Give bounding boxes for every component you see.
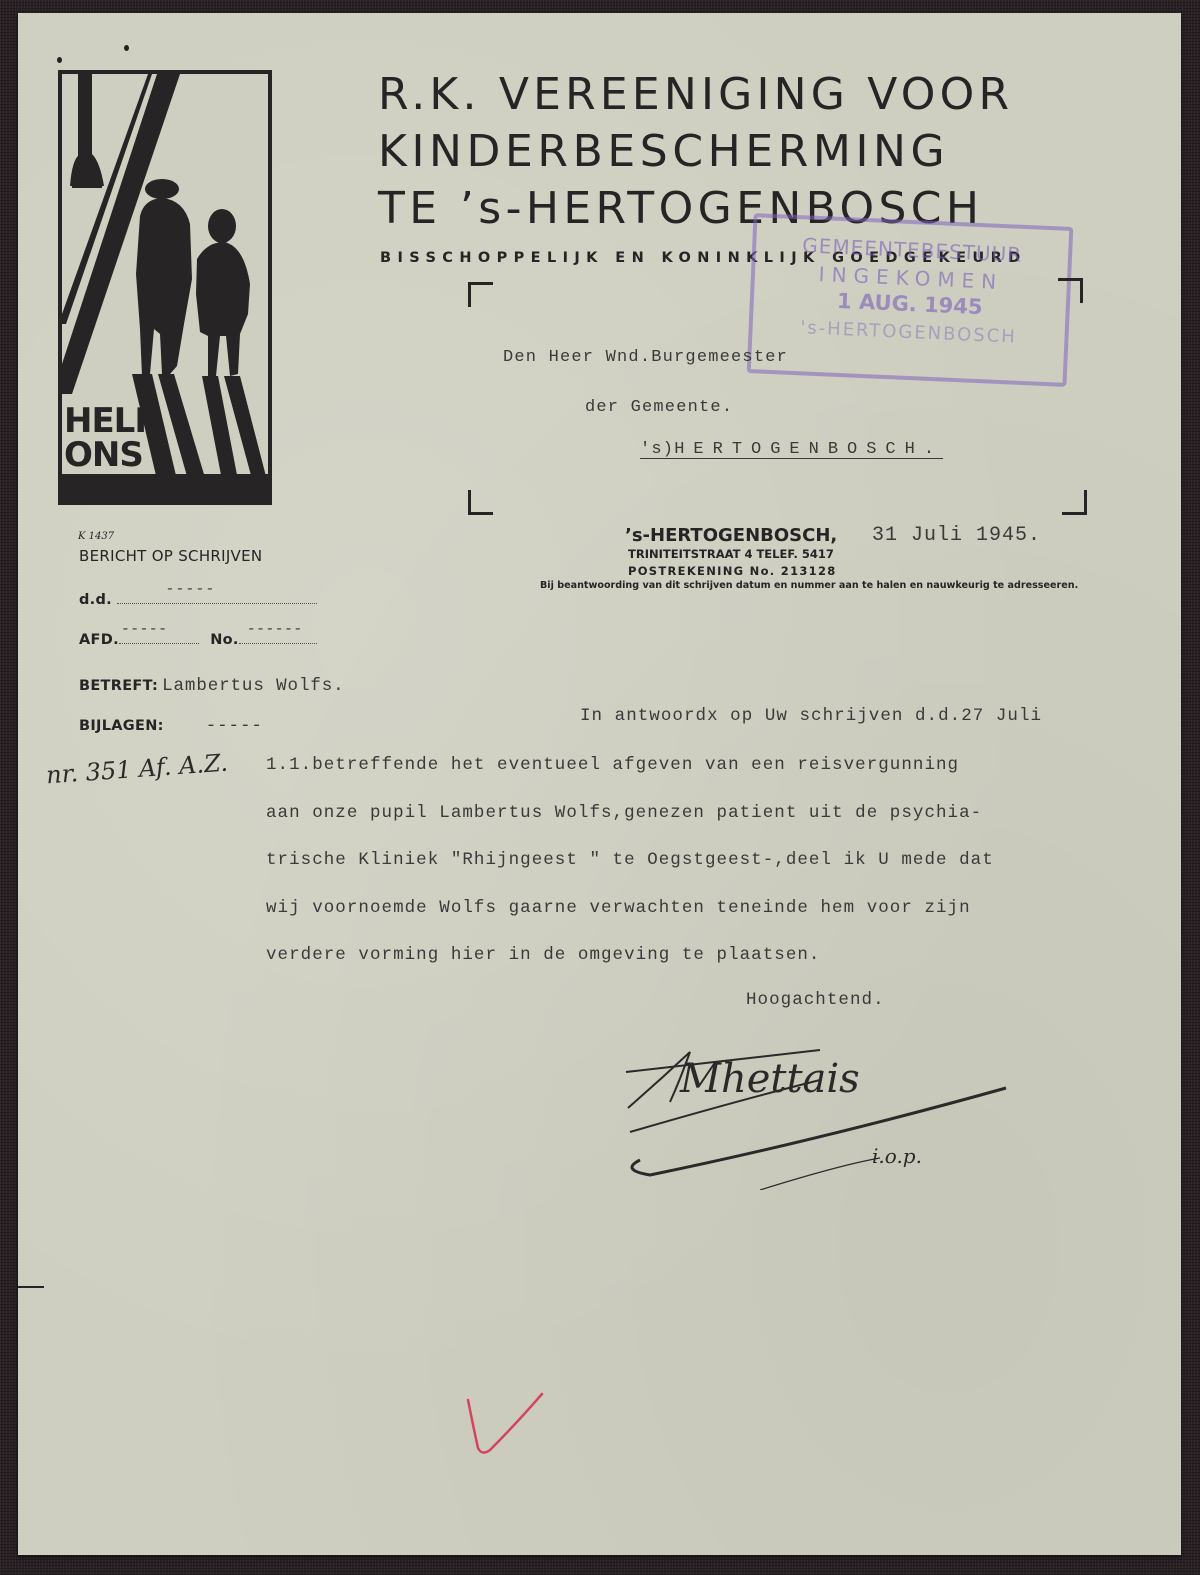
afd-value-line: ----- <box>119 633 199 644</box>
signature-name: Mhettais <box>680 1056 860 1102</box>
body-line-3: aan onze pupil Lambertus Wolfs,genezen p… <box>266 803 982 823</box>
bijlagen-value: ----- <box>206 716 263 736</box>
afd-label: AFD. <box>79 632 119 648</box>
signature-annotation: i.o.p. <box>872 1144 922 1168</box>
body-line-4: trische Kliniek "Rhijngeest " te Oegstge… <box>266 850 994 870</box>
recipient-line-2: der Gemeente. <box>585 398 733 417</box>
reply-instruction: Bij beantwoording van dit schrijven datu… <box>540 580 1078 591</box>
recipient-city-name: HERTOGENBOSCH. <box>674 440 943 459</box>
no-label: No. <box>210 632 239 648</box>
afd-value: ----- <box>121 621 168 638</box>
recipient-city: 's)HERTOGENBOSCH. <box>640 440 943 459</box>
logo-text-ons: ONS <box>64 438 143 472</box>
letterhead-address: TRINITEITSTRAAT 4 TELEF. 5417 <box>628 547 834 561</box>
bijlagen-field: BIJLAGEN: ----- <box>79 716 263 736</box>
recipient-line-1: Den Heer Wnd.Burgemeester <box>503 348 788 367</box>
window-corner-bottom-left <box>468 490 493 515</box>
letterhead-place: ’s-HERTOGENBOSCH, <box>625 525 837 546</box>
dd-field: d.d. ----- <box>79 592 317 608</box>
body-line-2: 1.1.betreffende het eventueel afgeven va… <box>266 755 959 775</box>
dd-value-line: ----- <box>117 593 317 604</box>
check-mark-icon <box>460 1390 550 1470</box>
logo-text-help: HELP <box>64 404 158 438</box>
punch-hole <box>124 45 129 51</box>
betreft-label: BETREFT: <box>79 678 158 694</box>
afd-no-field: AFD.----- No.------ <box>79 632 317 648</box>
bijlagen-label: BIJLAGEN: <box>79 718 164 734</box>
no-value-line: ------ <box>239 633 317 644</box>
signature: Mhettais i.o.p. <box>620 1040 1020 1190</box>
org-title-line-2: KINDERBESCHERMING <box>378 130 949 174</box>
no-value: ------ <box>247 621 303 638</box>
body-line-5: wij voornoemde Wolfs gaarne verwachten t… <box>266 898 971 918</box>
form-heading: BERICHT OP SCHRIJVEN <box>79 547 262 565</box>
window-corner-top-left <box>468 282 493 307</box>
window-corner-bottom-right <box>1062 490 1087 515</box>
betreft-value: Lambertus Wolfs. <box>162 676 344 696</box>
fold-mark <box>18 1286 44 1288</box>
logo-help-ons: HELP ONS <box>58 70 272 505</box>
body-line-6: verdere vorming hier in de omgeving te p… <box>266 945 820 965</box>
letterhead-postrekening: POSTREKENING No. 213128 <box>628 564 837 578</box>
org-title-line-1: R.K. VEREENIGING VOOR <box>378 73 1013 117</box>
letter-date: 31 Juli 1945. <box>872 524 1041 547</box>
recipient-city-prefix: 's) <box>640 440 674 459</box>
received-stamp: GEMEENTEBESTUUR INGEKOMEN 1 AUG. 1945 's… <box>747 213 1074 387</box>
dd-value: ----- <box>165 581 215 598</box>
form-code: K 1437 <box>78 531 114 542</box>
closing: Hoogachtend. <box>746 990 885 1010</box>
red-check-mark <box>460 1390 550 1470</box>
window-corner-top-right <box>1058 278 1083 303</box>
punch-hole <box>57 57 62 63</box>
dd-label: d.d. <box>79 592 112 608</box>
betreft-field: BETREFT: Lambertus Wolfs. <box>79 676 345 696</box>
body-line-1: In antwoordx op Uw schrijven d.d.27 Juli <box>580 706 1042 726</box>
